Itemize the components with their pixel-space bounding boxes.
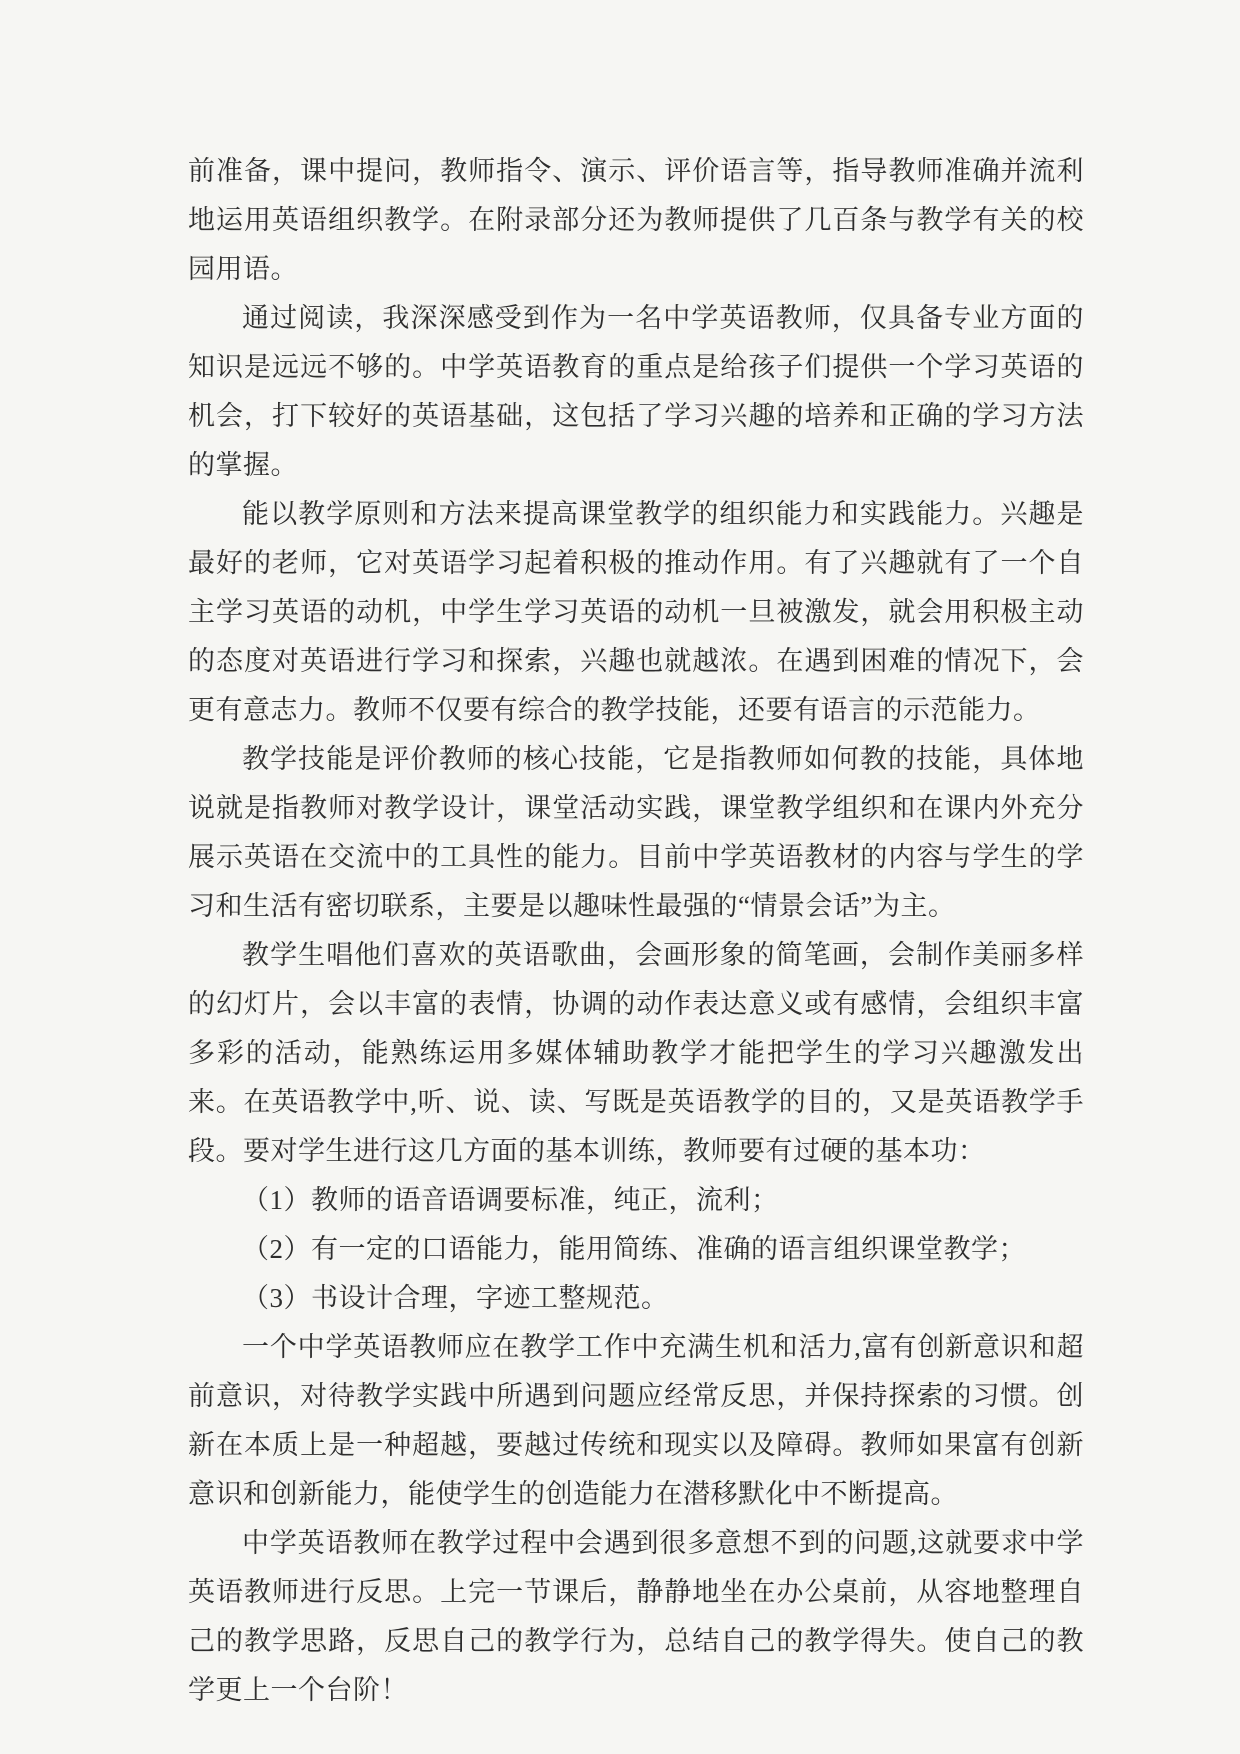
paragraph: 前准备，课中提问，教师指令、演示、评价语言等，指导教师准确并流利地运用英语组织教… bbox=[188, 147, 1084, 294]
document-page: 前准备，课中提问，教师指令、演示、评价语言等，指导教师准确并流利地运用英语组织教… bbox=[0, 0, 1240, 1754]
paragraph: 通过阅读，我深深感受到作为一名中学英语教师，仅具备专业方面的知识是远远不够的。中… bbox=[188, 294, 1084, 490]
paragraph: 中学英语教师在教学过程中会遇到很多意想不到的问题,这就要求中学英语教师进行反思。… bbox=[188, 1519, 1084, 1715]
numbered-item-1: （1）教师的语音语调要标准，纯正，流利； bbox=[188, 1176, 1084, 1225]
paragraph: 教学生唱他们喜欢的英语歌曲，会画形象的简笔画，会制作美丽多样的幻灯片，会以丰富的… bbox=[188, 931, 1084, 1176]
paragraph: 能以教学原则和方法来提高课堂教学的组织能力和实践能力。兴趣是最好的老师，它对英语… bbox=[188, 490, 1084, 735]
paragraph: 一个中学英语教师应在教学工作中充满生机和活力,富有创新意识和超前意识，对待教学实… bbox=[188, 1323, 1084, 1519]
paragraph: 教学技能是评价教师的核心技能，它是指教师如何教的技能，具体地说就是指教师对教学设… bbox=[188, 735, 1084, 931]
numbered-item-2: （2）有一定的口语能力，能用简练、准确的语言组织课堂教学； bbox=[188, 1225, 1084, 1274]
numbered-item-3: （3）书设计合理，字迹工整规范。 bbox=[188, 1274, 1084, 1323]
